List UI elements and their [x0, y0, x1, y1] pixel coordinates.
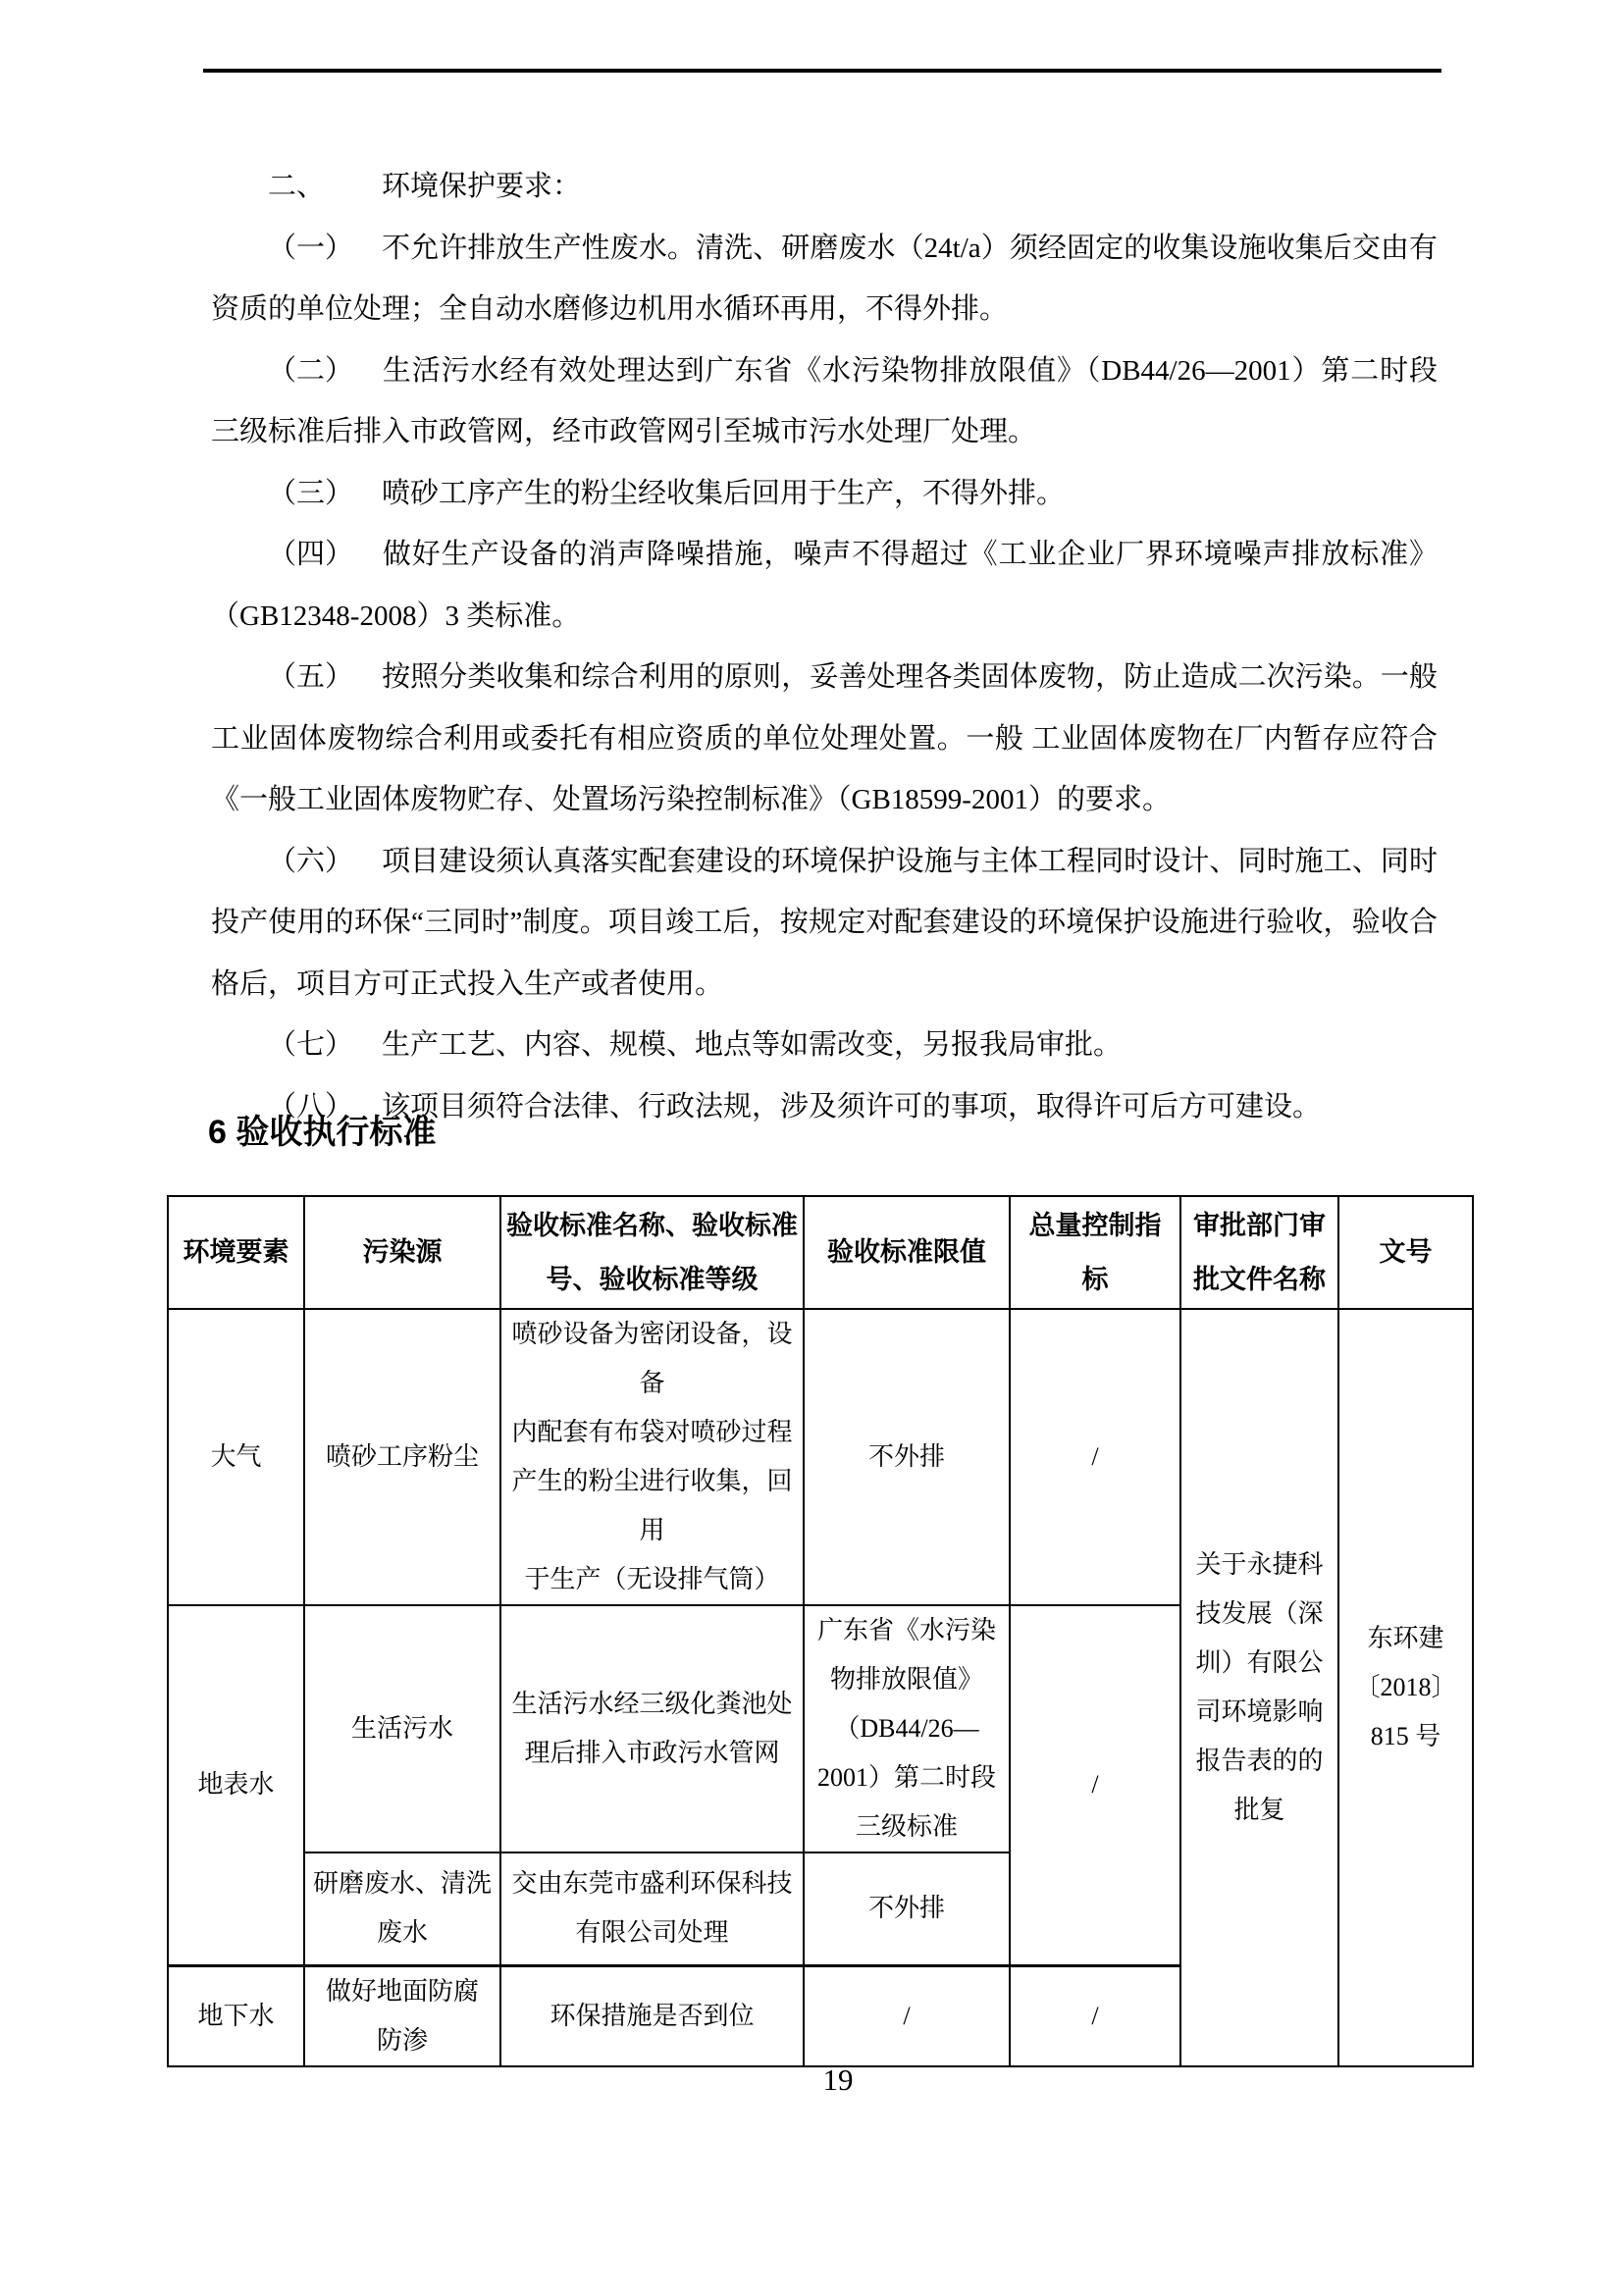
cell-surface-water-total-control: / [1010, 1605, 1180, 1965]
paragraph-text: 喷砂工序产生的粉尘经收集后回用于生产，不得外排。 [382, 478, 1065, 509]
paragraph-number: （三） [268, 463, 382, 525]
paragraph-text: 生活污水经有效处理达到广东省《水污染物排放限值》（DB44/26—2001）第二… [211, 355, 1438, 448]
cell-groundwater-source: 做好地面防腐 防渗 [304, 1965, 500, 2066]
paragraph-number: （六） [268, 831, 382, 893]
cell-groundwater-total-control: / [1010, 1965, 1180, 2066]
cell-air-source: 喷砂工序粉尘 [304, 1309, 500, 1605]
paragraph-number: （二） [268, 340, 382, 402]
paragraph-text: 项目建设须认真落实配套建设的环境保护设施与主体工程同时设计、同时施工、同时投产使… [211, 846, 1438, 1000]
cell-approval-doc: 关于永捷科 技发展（深 圳）有限公 司环境影响 报告表的的 批复 [1180, 1309, 1338, 2066]
page-header-rule [203, 69, 1441, 73]
paragraph-number: （一） [268, 218, 382, 280]
header-cell-source: 污染源 [304, 1196, 500, 1309]
paragraph-item-6: （六）项目建设须认真落实配套建设的环境保护设施与主体工程同时设计、同时施工、同时… [211, 831, 1438, 1016]
paragraph-text: 生产工艺、内容、规模、地点等如需改变，另报我局审批。 [382, 1029, 1122, 1061]
document-body: 二、环境保护要求： （一）不允许排放生产性废水。清洗、研磨废水（24t/a）须经… [211, 156, 1438, 1137]
header-cell-standard: 验收标准名称、验收标准 号、验收标准等级 [500, 1196, 804, 1309]
paragraph-number: 二、 [268, 156, 382, 218]
paragraph-text: 做好生产设备的消声降噪措施，噪声不得超过《工业企业厂界环境噪声排放标准》（GB1… [211, 539, 1438, 632]
cell-domestic-sewage-standard: 生活污水经三级化粪池处 理后排入市政污水管网 [500, 1605, 804, 1852]
cell-grinding-standard: 交由东莞市盛利环保科技 有限公司处理 [500, 1852, 804, 1965]
cell-air-standard: 喷砂设备为密闭设备，设备 内配套有布袋对喷砂过程 产生的粉尘进行收集，回用 于生… [500, 1309, 804, 1605]
paragraph-item-5: （五）按照分类收集和综合利用的原则，妥善处理各类固体废物，防止造成二次污染。一般… [211, 647, 1438, 831]
table-row-air: 大气 喷砂工序粉尘 喷砂设备为密闭设备，设备 内配套有布袋对喷砂过程 产生的粉尘… [168, 1309, 1473, 1605]
cell-surface-water-factor: 地表水 [168, 1605, 304, 1965]
cell-domestic-sewage-source: 生活污水 [304, 1605, 500, 1852]
paragraph-text: 该项目须符合法律、行政法规，涉及须许可的事项，取得许可后方可建设。 [382, 1091, 1321, 1122]
header-cell-limit: 验收标准限值 [804, 1196, 1010, 1309]
cell-groundwater-standard: 环保措施是否到位 [500, 1965, 804, 2066]
page-number: 19 [0, 2061, 1623, 2100]
paragraph-text: 环境保护要求： [382, 171, 581, 202]
cell-grinding-limit: 不外排 [804, 1852, 1010, 1965]
header-cell-factor: 环境要素 [168, 1196, 304, 1309]
header-cell-doc-no: 文号 [1338, 1196, 1473, 1309]
acceptance-standards-table: 环境要素 污染源 验收标准名称、验收标准 号、验收标准等级 验收标准限值 总量控… [167, 1195, 1474, 2067]
paragraph-item-7: （七）生产工艺、内容、规模、地点等如需改变，另报我局审批。 [211, 1015, 1438, 1076]
cell-grinding-source: 研磨废水、清洗 废水 [304, 1852, 500, 1965]
paragraph-number: （四） [268, 524, 382, 586]
paragraph-item-3: （三）喷砂工序产生的粉尘经收集后回用于生产，不得外排。 [211, 463, 1438, 525]
document-page: 二、环境保护要求： （一）不允许排放生产性废水。清洗、研磨废水（24t/a）须经… [0, 0, 1623, 2296]
cell-groundwater-limit: / [804, 1965, 1010, 2066]
cell-air-limit: 不外排 [804, 1309, 1010, 1605]
paragraph-item-4: （四）做好生产设备的消声降噪措施，噪声不得超过《工业企业厂界环境噪声排放标准》（… [211, 524, 1438, 647]
paragraph-text: 按照分类收集和综合利用的原则，妥善处理各类固体废物，防止造成二次污染。一般工业固… [211, 661, 1438, 815]
header-cell-approval: 审批部门审 批文件名称 [1180, 1196, 1338, 1309]
cell-air-factor: 大气 [168, 1309, 304, 1605]
paragraph-item-1: （一）不允许排放生产性废水。清洗、研磨废水（24t/a）须经固定的收集设施收集后… [211, 218, 1438, 340]
paragraph-text: 不允许排放生产性废水。清洗、研磨废水（24t/a）须经固定的收集设施收集后交由有… [211, 233, 1438, 326]
header-cell-total-control: 总量控制指 标 [1010, 1196, 1180, 1309]
cell-air-total-control: / [1010, 1309, 1180, 1605]
section-heading-acceptance-standards: 6 验收执行标准 [208, 1111, 436, 1154]
paragraph-number: （七） [268, 1015, 382, 1076]
paragraph-item-2: （二）生活污水经有效处理达到广东省《水污染物排放限值》（DB44/26—2001… [211, 340, 1438, 463]
cell-domestic-sewage-limit: 广东省《水污染 物排放限值》 （DB44/26— 2001）第二时段 三级标准 [804, 1605, 1010, 1852]
table-header-row: 环境要素 污染源 验收标准名称、验收标准 号、验收标准等级 验收标准限值 总量控… [168, 1196, 1473, 1309]
cell-doc-number: 东环建 〔2018〕 815 号 [1338, 1309, 1473, 2066]
paragraph-number: （五） [268, 647, 382, 708]
paragraph-requirements-title: 二、环境保护要求： [211, 156, 1438, 218]
cell-groundwater-factor: 地下水 [168, 1965, 304, 2066]
